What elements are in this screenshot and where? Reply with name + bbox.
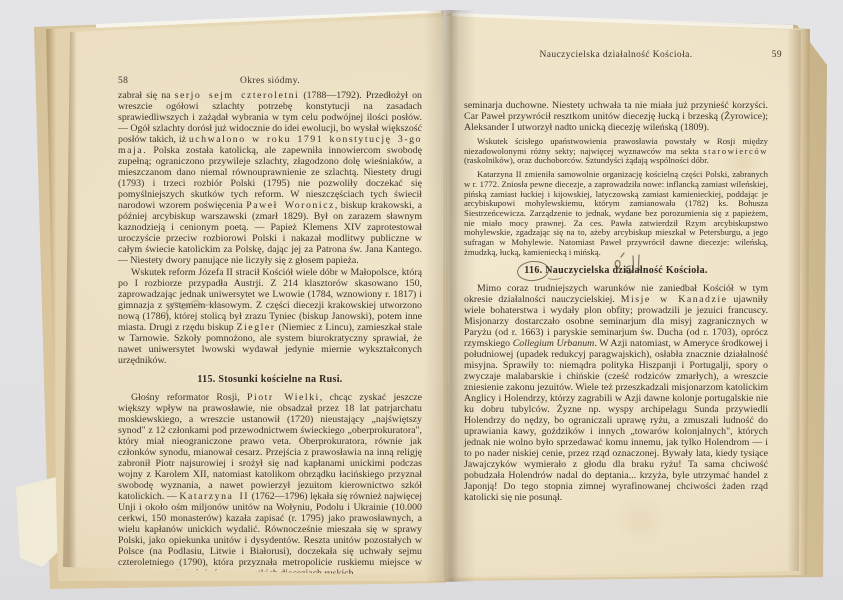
paragraph: zabrał się na serjo sejm czteroletni (17…	[118, 90, 422, 266]
paragraph: Głośny reformator Rosji, Piotr Wielki, c…	[118, 392, 422, 579]
paragraph: Katarzyna II zmieniła samowolnie organiz…	[464, 170, 768, 257]
emphasis-spaced-text: Piotr Wielki	[247, 392, 320, 403]
emphasis-spaced-text: Katarzyna II	[179, 491, 249, 502]
body-text: Katarzyna II zmieniła samowolnie organiz…	[464, 169, 768, 257]
text-column-right: seminarja duchowne. Niestety uchwała ta …	[464, 100, 768, 504]
body-text: Głośny reformator Rosji,	[131, 392, 247, 403]
pencil-circled-number: 116.	[524, 265, 542, 276]
section-heading: 115. Stosunki kościelne na Rusi.	[118, 374, 422, 385]
emphasis-spaced-text: serjo sejm czteroletni	[175, 90, 300, 101]
body-text: (1762—1796) lękała się również najwięcej…	[118, 491, 422, 579]
body-text: seminarja duchowne. Niestety uchwała ta …	[464, 100, 768, 133]
running-head-left: Okres siódmy.	[118, 76, 422, 86]
paragraph: Mimo coraz trudniejszych warunków nie za…	[464, 283, 768, 503]
body-text: zabrał się na	[118, 90, 175, 101]
emphasis-spaced-text: Paweł Woronicz	[246, 200, 335, 211]
body-text: (raskolników), oraz duchoborców. Sztundy…	[464, 155, 709, 165]
heading-text: Nauczycielska działalność Kościoła.	[545, 265, 707, 276]
text-column-left: zabrał się na serjo sejm czteroletni (17…	[118, 90, 422, 580]
scan-background: 58 Okres siódmy. zabrał się na serjo sej…	[0, 0, 843, 600]
body-text: . W Azji natomiast, w Ameryce środkowej …	[464, 338, 768, 503]
body-text: , chcąc zyskać jeszcze większy wpływ na …	[118, 392, 422, 502]
paragraph: Wskutek reform Józefa II stracił Kościół…	[118, 267, 422, 366]
paragraph: Wskutek ścisłego upaństwowienia prawosła…	[464, 137, 768, 166]
emphasis-spaced-text: Ziegler	[237, 322, 276, 333]
paragraph: seminarja duchowne. Niestety uchwała ta …	[464, 100, 768, 133]
emphasis-spaced-text: Misje w Kanadzie	[621, 294, 728, 305]
emphasis-spaced-text: starowierców	[703, 146, 768, 156]
section-heading: 116. Nauczycielska działalność Kościoła.	[464, 265, 768, 276]
page-number-right: 59	[464, 50, 782, 60]
italic-text: Collegium Urbanum	[513, 338, 595, 349]
